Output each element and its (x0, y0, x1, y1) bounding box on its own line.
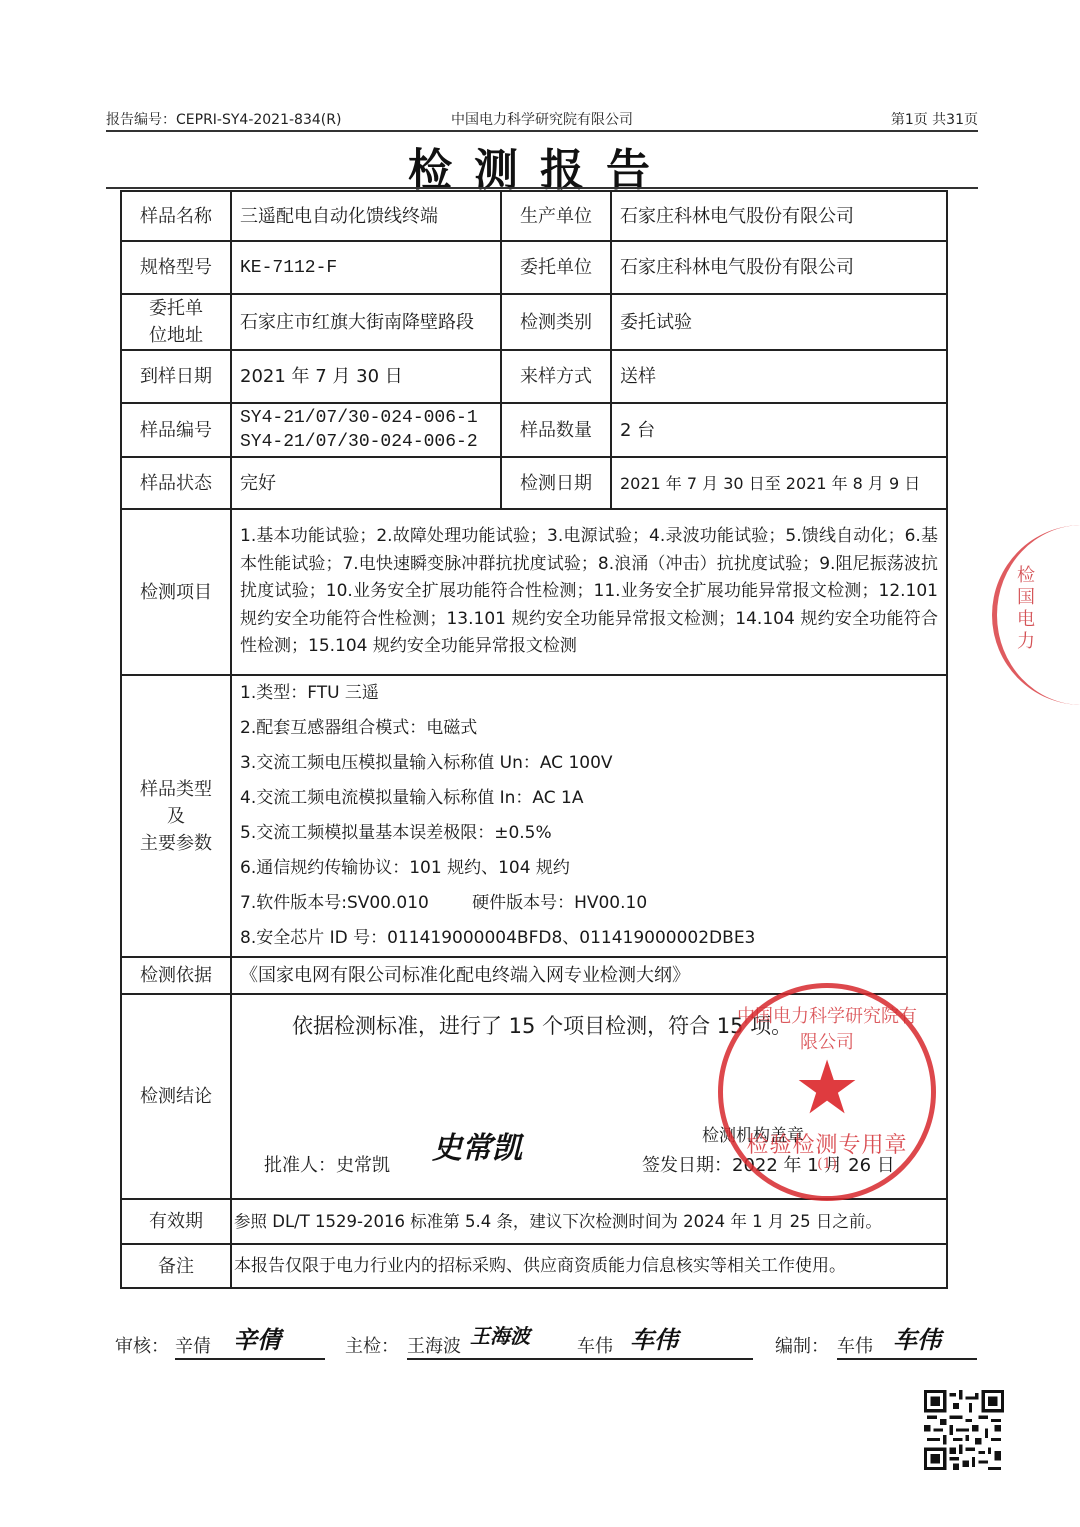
remarks-label: 备注 (121, 1244, 231, 1288)
page-header: 报告编号：CEPRI-SY4-2021-834(R) 中国电力科学研究院有限公司… (106, 107, 978, 131)
model-label: 规格型号 (121, 241, 231, 294)
editor-signature: 车伟 (893, 1320, 941, 1355)
test-items-label: 检测项目 (121, 509, 231, 675)
param-item: 8.安全芯片 ID 号：011419000004BFD8、01141900000… (240, 921, 938, 956)
sample-status-label: 样品状态 (121, 457, 231, 509)
editor-label: 编制： (775, 1332, 829, 1358)
sample-qty-label: 样品数量 (501, 403, 611, 457)
params-label: 样品类型 及 主要参数 (121, 675, 231, 957)
model-value: KE-7112-F (240, 258, 337, 278)
partial-seal-text: 检 国 电 力 (1017, 565, 1039, 653)
test-date-value: 2021 年 7 月 30 日至 2021 年 8 月 9 日 (611, 457, 947, 509)
inspector-underline (407, 1358, 753, 1360)
table-row: 样品状态 完好 检测日期 2021 年 7 月 30 日至 2021 年 8 月… (121, 457, 947, 509)
editor-name: 车伟 (837, 1332, 873, 1358)
delivery-method-label: 来样方式 (501, 350, 611, 403)
table-row: 样品编号 SY4-21/07/30-024-006-1 SY4-21/07/30… (121, 403, 947, 457)
table-row: 检测项目 1.基本功能试验；2.故障处理功能试验；3.电源试验；4.录波功能试验… (121, 509, 947, 675)
star-icon: ★ (794, 1051, 860, 1125)
params-list: 1.类型：FTU 三遥 2.配套互感器组合模式：电磁式 3.交流工频电压模拟量输… (231, 675, 947, 957)
table-row: 样品名称 三遥配电自动化馈线终端 生产单位 石家庄科林电气股份有限公司 (121, 191, 947, 241)
conclusion-text: 依据检测标准，进行了 15 个项目检测，符合 15 项。 (292, 1013, 792, 1040)
header-divider (106, 130, 978, 132)
sample-qty-value: 2 台 (611, 403, 947, 457)
sample-no-label: 样品编号 (121, 403, 231, 457)
arrival-date-label: 到样日期 (121, 350, 231, 403)
sample-status-value: 完好 (231, 457, 501, 509)
param-item: 3.交流工频电压模拟量输入标称值 Un：AC 100V (240, 746, 938, 781)
qr-code-icon (924, 1390, 1004, 1470)
official-seal: 中国电力科学研究院有限公司 ★ 检验检测专用章 (1) (718, 983, 936, 1201)
table-row: 备注 本报告仅限于电力行业内的招标采购、供应商资质能力信息核实等相关工作使用。 (121, 1244, 947, 1288)
signoff-bar: 审核： 辛倩 辛倩 主检： 王海波 王海波 车伟 车伟 编制： 车伟 车伟 (115, 1320, 985, 1360)
reviewer-name: 辛倩 (175, 1332, 211, 1358)
client-address-value: 石家庄市红旗大街南降壁路段 (231, 294, 501, 350)
param-item: 4.交流工频电流模拟量输入标称值 In：AC 1A (240, 781, 938, 816)
client-address-label: 委托单 位地址 (121, 294, 231, 350)
arrival-date-value: 2021 年 7 月 30 日 (231, 350, 501, 403)
inspector-label: 主检： (345, 1332, 399, 1358)
reviewer-label: 审核： (115, 1332, 169, 1358)
sample-name-value: 三遥配电自动化馈线终端 (231, 191, 501, 241)
approver: 批准人：史常凯 (264, 1152, 390, 1179)
page-info: 第1页 共31页 (891, 109, 978, 129)
test-items-value: 1.基本功能试验；2.故障处理功能试验；3.电源试验；4.录波功能试验；5.馈线… (240, 523, 938, 661)
table-row: 样品类型 及 主要参数 1.类型：FTU 三遥 2.配套互感器组合模式：电磁式 … (121, 675, 947, 957)
manufacturer-label: 生产单位 (501, 191, 611, 241)
seal-number: (1) (723, 1156, 931, 1172)
param-item: 5.交流工频模拟量基本误差极限：±0.5% (240, 816, 938, 851)
reviewer-underline (175, 1358, 325, 1360)
test-type-label: 检测类别 (501, 294, 611, 350)
seal-bottom-text: 检验检测专用章 (723, 1128, 931, 1159)
table-row: 委托单 位地址 石家庄市红旗大街南降壁路段 检测类别 委托试验 (121, 294, 947, 350)
inspector-name-1: 王海波 (407, 1332, 461, 1358)
sample-name-label: 样品名称 (121, 191, 231, 241)
reviewer-signature: 辛倩 (233, 1320, 281, 1355)
table-row: 有效期 参照 DL/T 1529-2016 标准第 5.4 条，建议下次检测时间… (121, 1199, 947, 1244)
validity-value: 参照 DL/T 1529-2016 标准第 5.4 条，建议下次检测时间为 20… (231, 1199, 947, 1244)
approver-signature: 史常凯 (432, 1135, 522, 1162)
editor-underline (837, 1358, 977, 1360)
param-item: 6.通信规约传输协议：101 规约、104 规约 (240, 851, 938, 886)
inspector-signature-2: 车伟 (630, 1320, 678, 1355)
remarks-value: 本报告仅限于电力行业内的招标采购、供应商资质能力信息核实等相关工作使用。 (231, 1244, 947, 1288)
param-item: 7.软件版本号:SV00.010 硬件版本号：HV00.10 (240, 886, 938, 921)
organization-name: 中国电力科学研究院有限公司 (106, 109, 978, 129)
validity-label: 有效期 (121, 1199, 231, 1244)
table-row: 规格型号 KE-7112-F 委托单位 石家庄科林电气股份有限公司 (121, 241, 947, 294)
table-row: 到样日期 2021 年 7 月 30 日 来样方式 送样 (121, 350, 947, 403)
test-date-label: 检测日期 (501, 457, 611, 509)
client-label: 委托单位 (501, 241, 611, 294)
delivery-method-value: 送样 (611, 350, 947, 403)
basis-label: 检测依据 (121, 957, 231, 994)
inspector-signature-1: 王海波 (470, 1320, 530, 1349)
title-divider (106, 187, 978, 189)
manufacturer-value: 石家庄科林电气股份有限公司 (611, 191, 947, 241)
test-type-value: 委托试验 (611, 294, 947, 350)
conclusion-label: 检测结论 (121, 994, 231, 1199)
inspector-name-2: 车伟 (577, 1332, 613, 1358)
partial-seal: 检 国 电 力 (992, 525, 1080, 705)
param-item: 2.配套互感器组合模式：电磁式 (240, 711, 938, 746)
param-item: 1.类型：FTU 三遥 (240, 676, 938, 711)
sample-no-value: SY4-21/07/30-024-006-1 SY4-21/07/30-024-… (231, 403, 501, 457)
client-value: 石家庄科林电气股份有限公司 (611, 241, 947, 294)
